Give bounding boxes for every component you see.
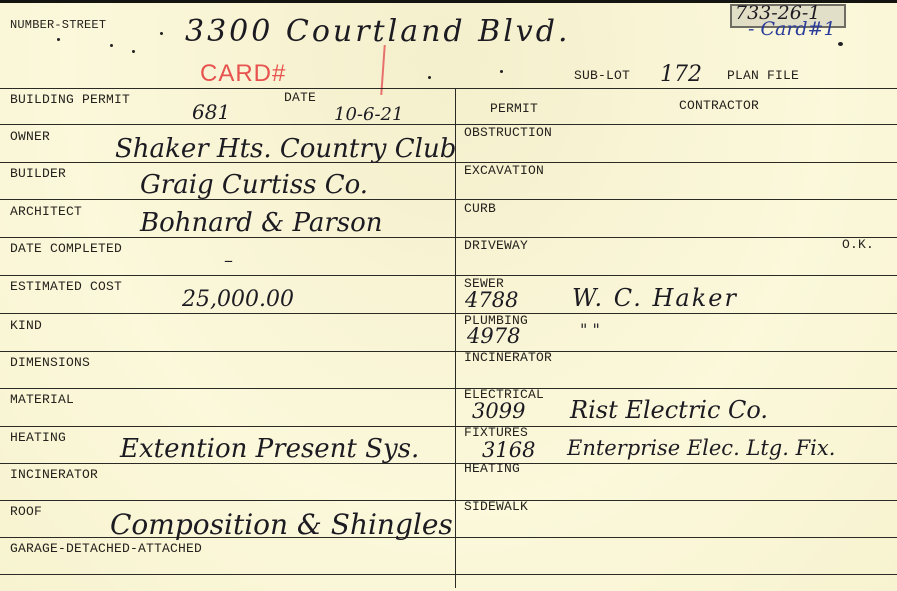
material-label: MATERIAL — [10, 392, 74, 407]
incinerator-label: INCINERATOR — [10, 467, 98, 482]
permit-card: NUMBER-STREET 3300 Courtland Blvd. 733-2… — [0, 0, 897, 591]
speck — [838, 42, 843, 46]
permit-column-header: PERMIT — [490, 101, 538, 116]
number-street-label: NUMBER-STREET — [10, 18, 106, 32]
builder-label: BUILDER — [10, 166, 66, 181]
card-note: - Card#1 — [748, 18, 836, 40]
builder-value: Graig Curtiss Co. — [140, 170, 368, 200]
contractor-column-header: CONTRACTOR — [679, 98, 759, 113]
architect-value: Bohnard & Parson — [140, 208, 383, 238]
dimensions-label: DIMENSIONS — [10, 355, 90, 370]
kind-label: KIND — [10, 318, 42, 333]
heating-label: HEATING — [10, 430, 66, 445]
owner-label: OWNER — [10, 129, 50, 144]
sidewalk-label: SIDEWALK — [464, 499, 528, 514]
plan-file-label: PLAN FILE — [727, 68, 799, 83]
speck — [428, 76, 431, 79]
plumbing-permit: 4978 — [467, 324, 520, 348]
card-number-label: CARD# — [200, 60, 286, 88]
curb-label: CURB — [464, 201, 496, 216]
estimated-cost-label: ESTIMATED COST — [10, 279, 122, 294]
speck — [500, 70, 503, 73]
sub-lot-label: SUB-LOT — [574, 68, 630, 83]
sub-lot-value: 172 — [660, 62, 702, 87]
sewer-permit: 4788 — [465, 288, 518, 312]
electrical-contractor: Rist Electric Co. — [570, 396, 768, 424]
building-permit-label: BUILDING PERMIT — [10, 92, 130, 107]
date-value: 10-6-21 — [334, 104, 403, 125]
building-permit-value: 681 — [192, 100, 230, 124]
roof-value: Composition & Shingles — [110, 508, 453, 541]
fixtures-contractor: Enterprise Elec. Ltg. Fix. — [567, 436, 835, 460]
address-value: 3300 Courtland Blvd. — [185, 14, 571, 49]
date-completed-value: – — [224, 250, 233, 271]
obstruction-label: OBSTRUCTION — [464, 125, 552, 140]
heating-value: Extention Present Sys. — [120, 434, 419, 464]
plumbing-contractor: " " — [580, 320, 600, 339]
date-label: DATE — [284, 90, 316, 105]
driveway-label: DRIVEWAY — [464, 238, 528, 253]
garage-label: GARAGE-DETACHED-ATTACHED — [10, 541, 202, 556]
roof-label: ROOF — [10, 504, 42, 519]
speck — [132, 50, 135, 53]
speck — [110, 44, 113, 47]
date-completed-label: DATE COMPLETED — [10, 241, 122, 256]
fixtures-permit: 3168 — [482, 438, 535, 462]
sewer-contractor: W. C. Haker — [572, 284, 738, 312]
heating-right-label: HEATING — [464, 461, 520, 476]
speck — [57, 38, 60, 41]
electrical-permit: 3099 — [472, 399, 525, 423]
owner-value: Shaker Hts. Country Club — [115, 134, 456, 164]
excavation-label: EXCAVATION — [464, 163, 544, 178]
speck — [160, 32, 163, 35]
driveway-note: O.K. — [842, 237, 874, 252]
estimated-cost-value: 25,000.00 — [182, 287, 294, 312]
incinerator-right-label: INCINERATOR — [464, 350, 552, 365]
architect-label: ARCHITECT — [10, 204, 82, 219]
